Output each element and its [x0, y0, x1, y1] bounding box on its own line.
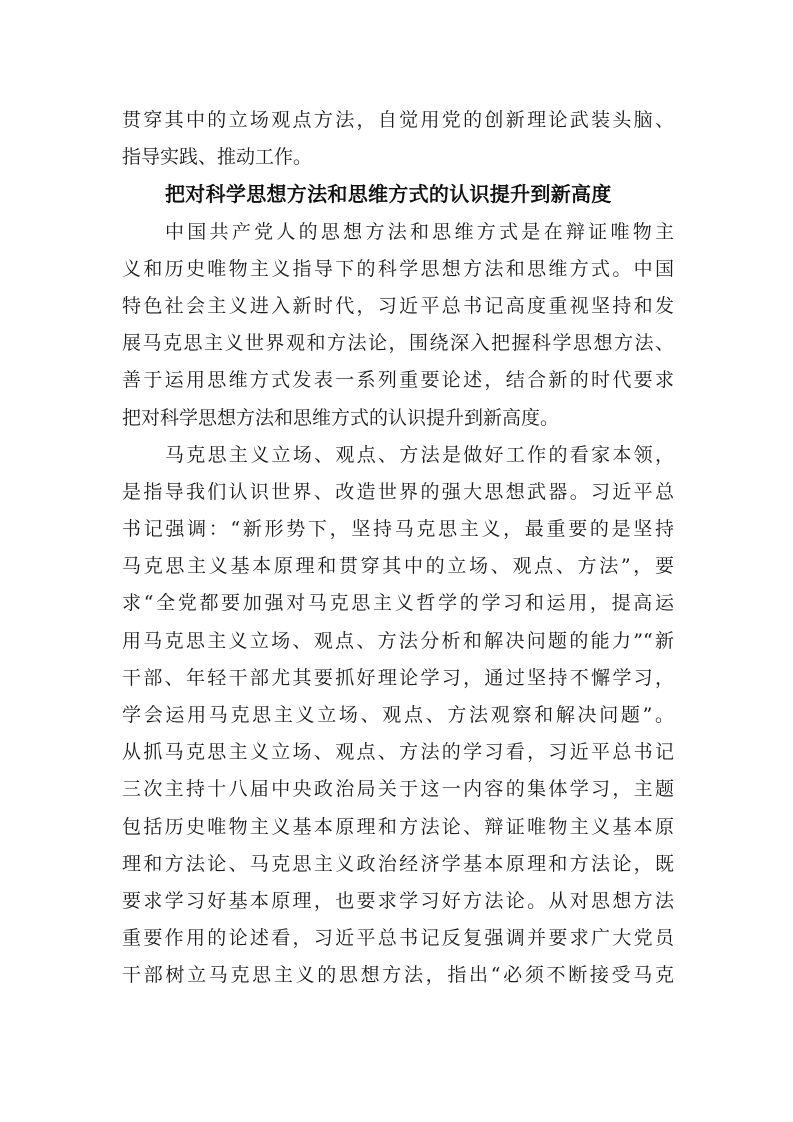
text-line: 展马克思主义世界观和方法论，围绕深入把握科学思想方法、 — [122, 325, 674, 362]
paragraph-1: 中国共产党人的思想方法和思维方式是在辩证唯物主 义和历史唯物主义指导下的科学思想… — [122, 214, 674, 437]
text-line: 中国共产党人的思想方法和思维方式是在辩证唯物主 — [122, 214, 674, 251]
text-line: 求“全党都要加强对马克思主义哲学的学习和运用，提高运 — [122, 585, 674, 622]
text-line: 善于运用思维方式发表一系列重要论述，结合新的时代要求 — [122, 362, 674, 399]
text-line: 学会运用马克思主义立场、观点、方法观察和解决问题”。 — [122, 697, 674, 734]
text-line: 理和方法论、马克思主义政治经济学基本原理和方法论，既 — [122, 846, 674, 883]
text-line: 从抓马克思主义立场、观点、方法的学习看，习近平总书记 — [122, 734, 674, 771]
text-line: 是指导我们认识世界、改造世界的强大思想武器。习近平总 — [122, 474, 674, 511]
text-line: 指导实践、推动工作。 — [122, 139, 674, 176]
document-page: 贯穿其中的立场观点方法，自觉用党的创新理论武装头脑、 指导实践、推动工作。 把对… — [0, 0, 793, 1122]
text-line: 马克思主义立场、观点、方法是做好工作的看家本领， — [122, 437, 674, 474]
text-line: 贯穿其中的立场观点方法，自觉用党的创新理论武装头脑、 — [122, 102, 674, 139]
paragraph-2: 马克思主义立场、观点、方法是做好工作的看家本领， 是指导我们认识世界、改造世界的… — [122, 437, 674, 995]
text-line: 马克思主义基本原理和贯穿其中的立场、观点、方法”，要 — [122, 548, 674, 585]
text-line: 把对科学思想方法和思维方式的认识提升到新高度。 — [122, 400, 674, 437]
text-line: 义和历史唯物主义指导下的科学思想方法和思维方式。中国 — [122, 251, 674, 288]
text-line: 三次主持十八届中央政治局关于这一内容的集体学习，主题 — [122, 771, 674, 808]
section-heading: 把对科学思想方法和思维方式的认识提升到新高度 — [122, 176, 674, 213]
document-body: 贯穿其中的立场观点方法，自觉用党的创新理论武装头脑、 指导实践、推动工作。 把对… — [122, 102, 674, 995]
text-line: 书记强调：“新形势下，坚持马克思主义，最重要的是坚持 — [122, 511, 674, 548]
text-line: 特色社会主义进入新时代，习近平总书记高度重视坚持和发 — [122, 288, 674, 325]
text-line: 干部树立马克思主义的思想方法，指出“必须不断接受马克 — [122, 957, 674, 994]
text-line: 重要作用的论述看，习近平总书记反复强调并要求广大党员 — [122, 920, 674, 957]
text-line: 要求学习好基本原理，也要求学习好方法论。从对思想方法 — [122, 883, 674, 920]
text-line: 干部、年轻干部尤其要抓好理论学习，通过坚持不懈学习， — [122, 660, 674, 697]
intro-paragraph-continuation: 贯穿其中的立场观点方法，自觉用党的创新理论武装头脑、 指导实践、推动工作。 — [122, 102, 674, 176]
text-line: 用马克思主义立场、观点、方法分析和解决问题的能力”“新 — [122, 623, 674, 660]
text-line: 包括历史唯物主义基本原理和方法论、辩证唯物主义基本原 — [122, 809, 674, 846]
